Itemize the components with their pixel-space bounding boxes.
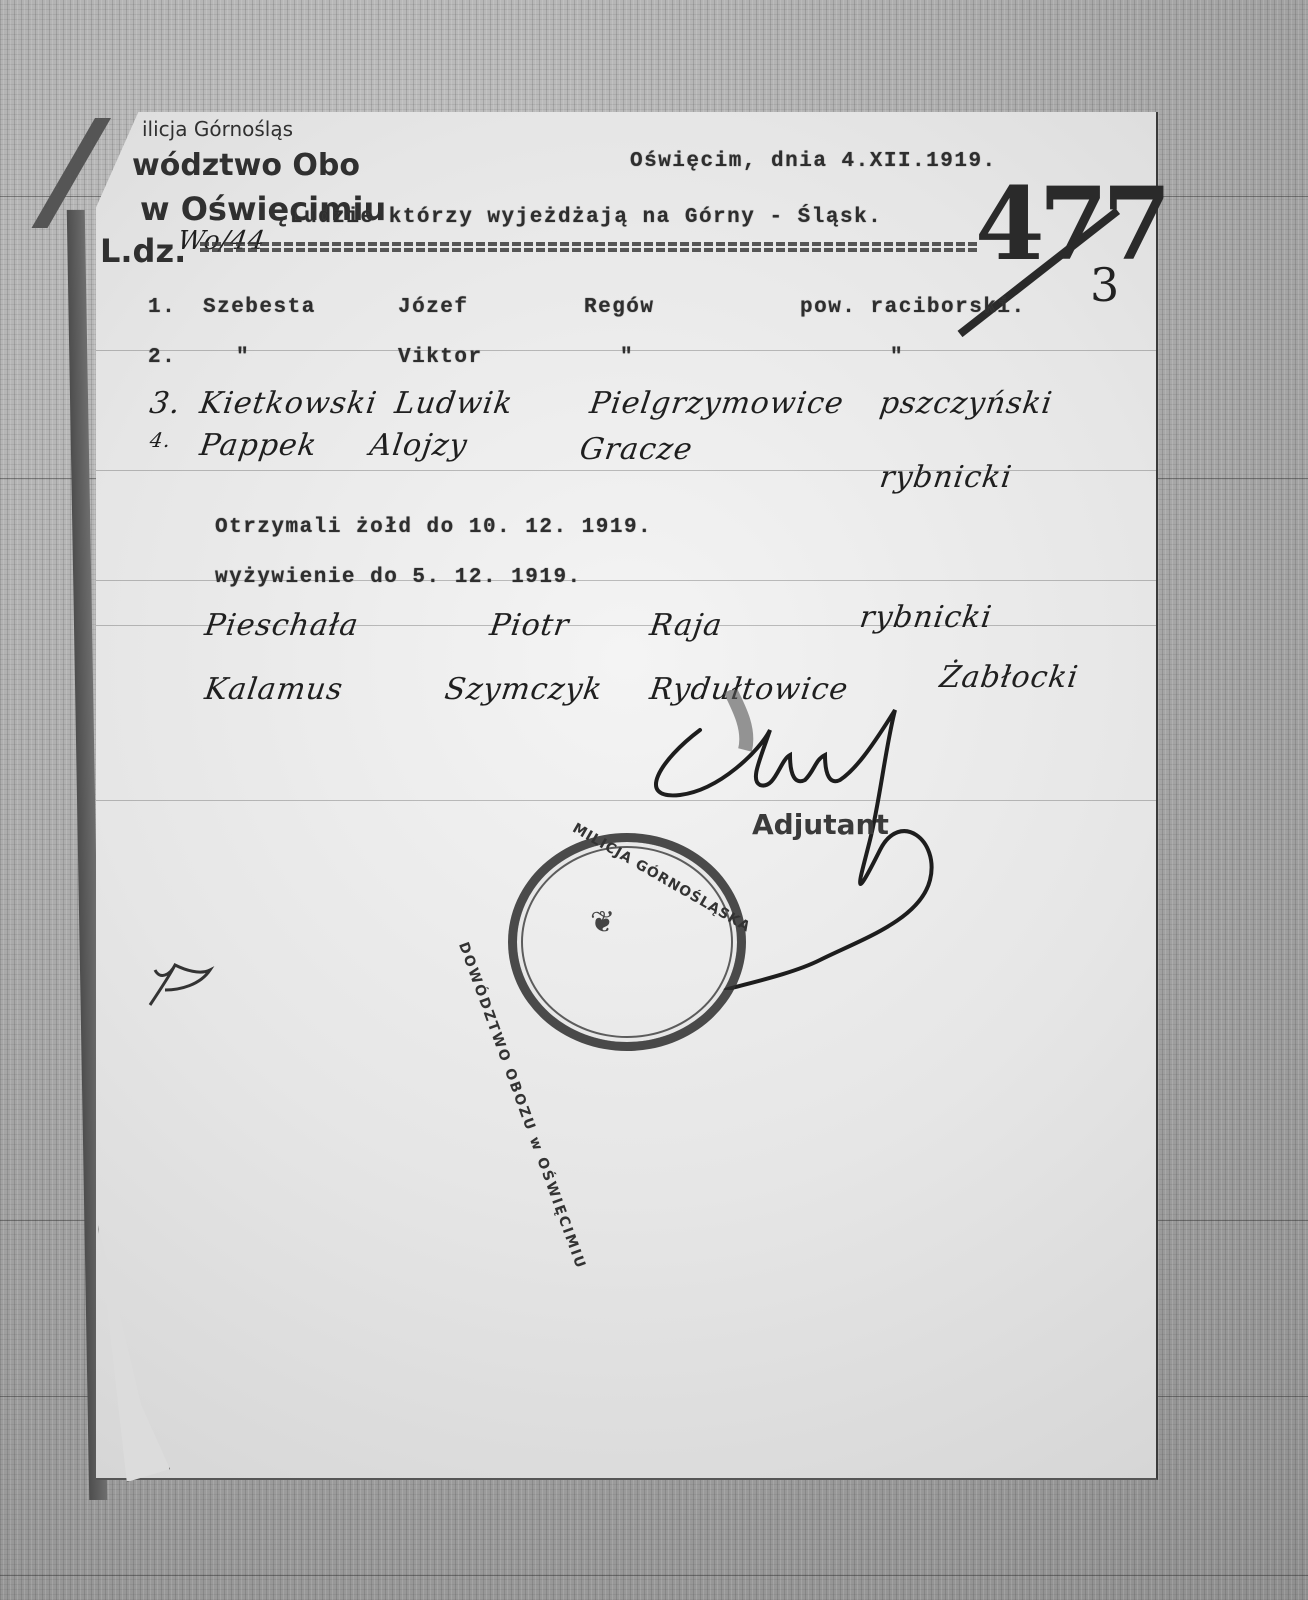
letterhead-line1: ilicja Górnośląs: [142, 117, 293, 141]
scan-ruled-line: [0, 1575, 1308, 1576]
eagle-emblem-icon: ❦: [590, 905, 615, 940]
row1-name: Józef: [398, 296, 469, 319]
place-date: Oświęcim, dnia 4.XII.1919.: [630, 150, 997, 173]
row1-district: pow. raciborski.: [800, 296, 1026, 319]
addition2-surname: Kalamus: [203, 672, 346, 707]
letterhead-line2: wództwo Obo: [132, 148, 360, 183]
addition2-name: Szymczyk: [443, 672, 605, 707]
reference-sub-number: 3: [1090, 258, 1119, 312]
row1-number: 1.: [148, 296, 176, 319]
reference-number: 477: [975, 165, 1166, 283]
row3-surname: Kietkowski: [198, 386, 380, 421]
row1-surname: Szebesta: [203, 296, 316, 319]
row2-number: 2.: [148, 346, 176, 369]
signatory-title: Adjutant: [752, 808, 889, 841]
row4-district: rybnicki: [878, 460, 1015, 495]
row2-name: Viktor: [398, 346, 483, 369]
row4-surname: Pappek: [198, 428, 320, 463]
ldz-label: L.dz.: [100, 232, 186, 270]
title-underline: [200, 242, 980, 246]
document-title: Ludzie którzy wyjeżdżają na Górny - Śląs…: [290, 206, 882, 229]
title-underline: [200, 248, 980, 252]
row3-name: Ludwik: [393, 386, 516, 421]
row1-village: Regów: [584, 296, 655, 319]
paper-ruled-line: [96, 800, 1156, 801]
row2-surname: ": [236, 346, 250, 369]
row4-name: Alojzy: [368, 428, 470, 463]
margin-mark-icon: [145, 950, 225, 1010]
row3-village: Pielgrzymowice: [588, 386, 847, 421]
food-note: wyżywienie do 5. 12. 1919.: [215, 566, 582, 589]
addition1-district: rybnicki: [858, 600, 995, 635]
addition1-village: Raja: [648, 608, 725, 643]
row3-district: pszczyński: [878, 386, 1055, 421]
pay-note: Otrzymali żołd do 10. 12. 1919.: [215, 516, 652, 539]
row4-number: 4.: [148, 428, 172, 452]
row2-village: ": [620, 346, 634, 369]
row2-district: ": [890, 346, 904, 369]
row3-number: 3.: [148, 386, 184, 421]
row4-village: Gracze: [578, 432, 695, 467]
addition1-surname: Pieschała: [203, 608, 361, 643]
addition1-name: Piotr: [488, 608, 572, 643]
